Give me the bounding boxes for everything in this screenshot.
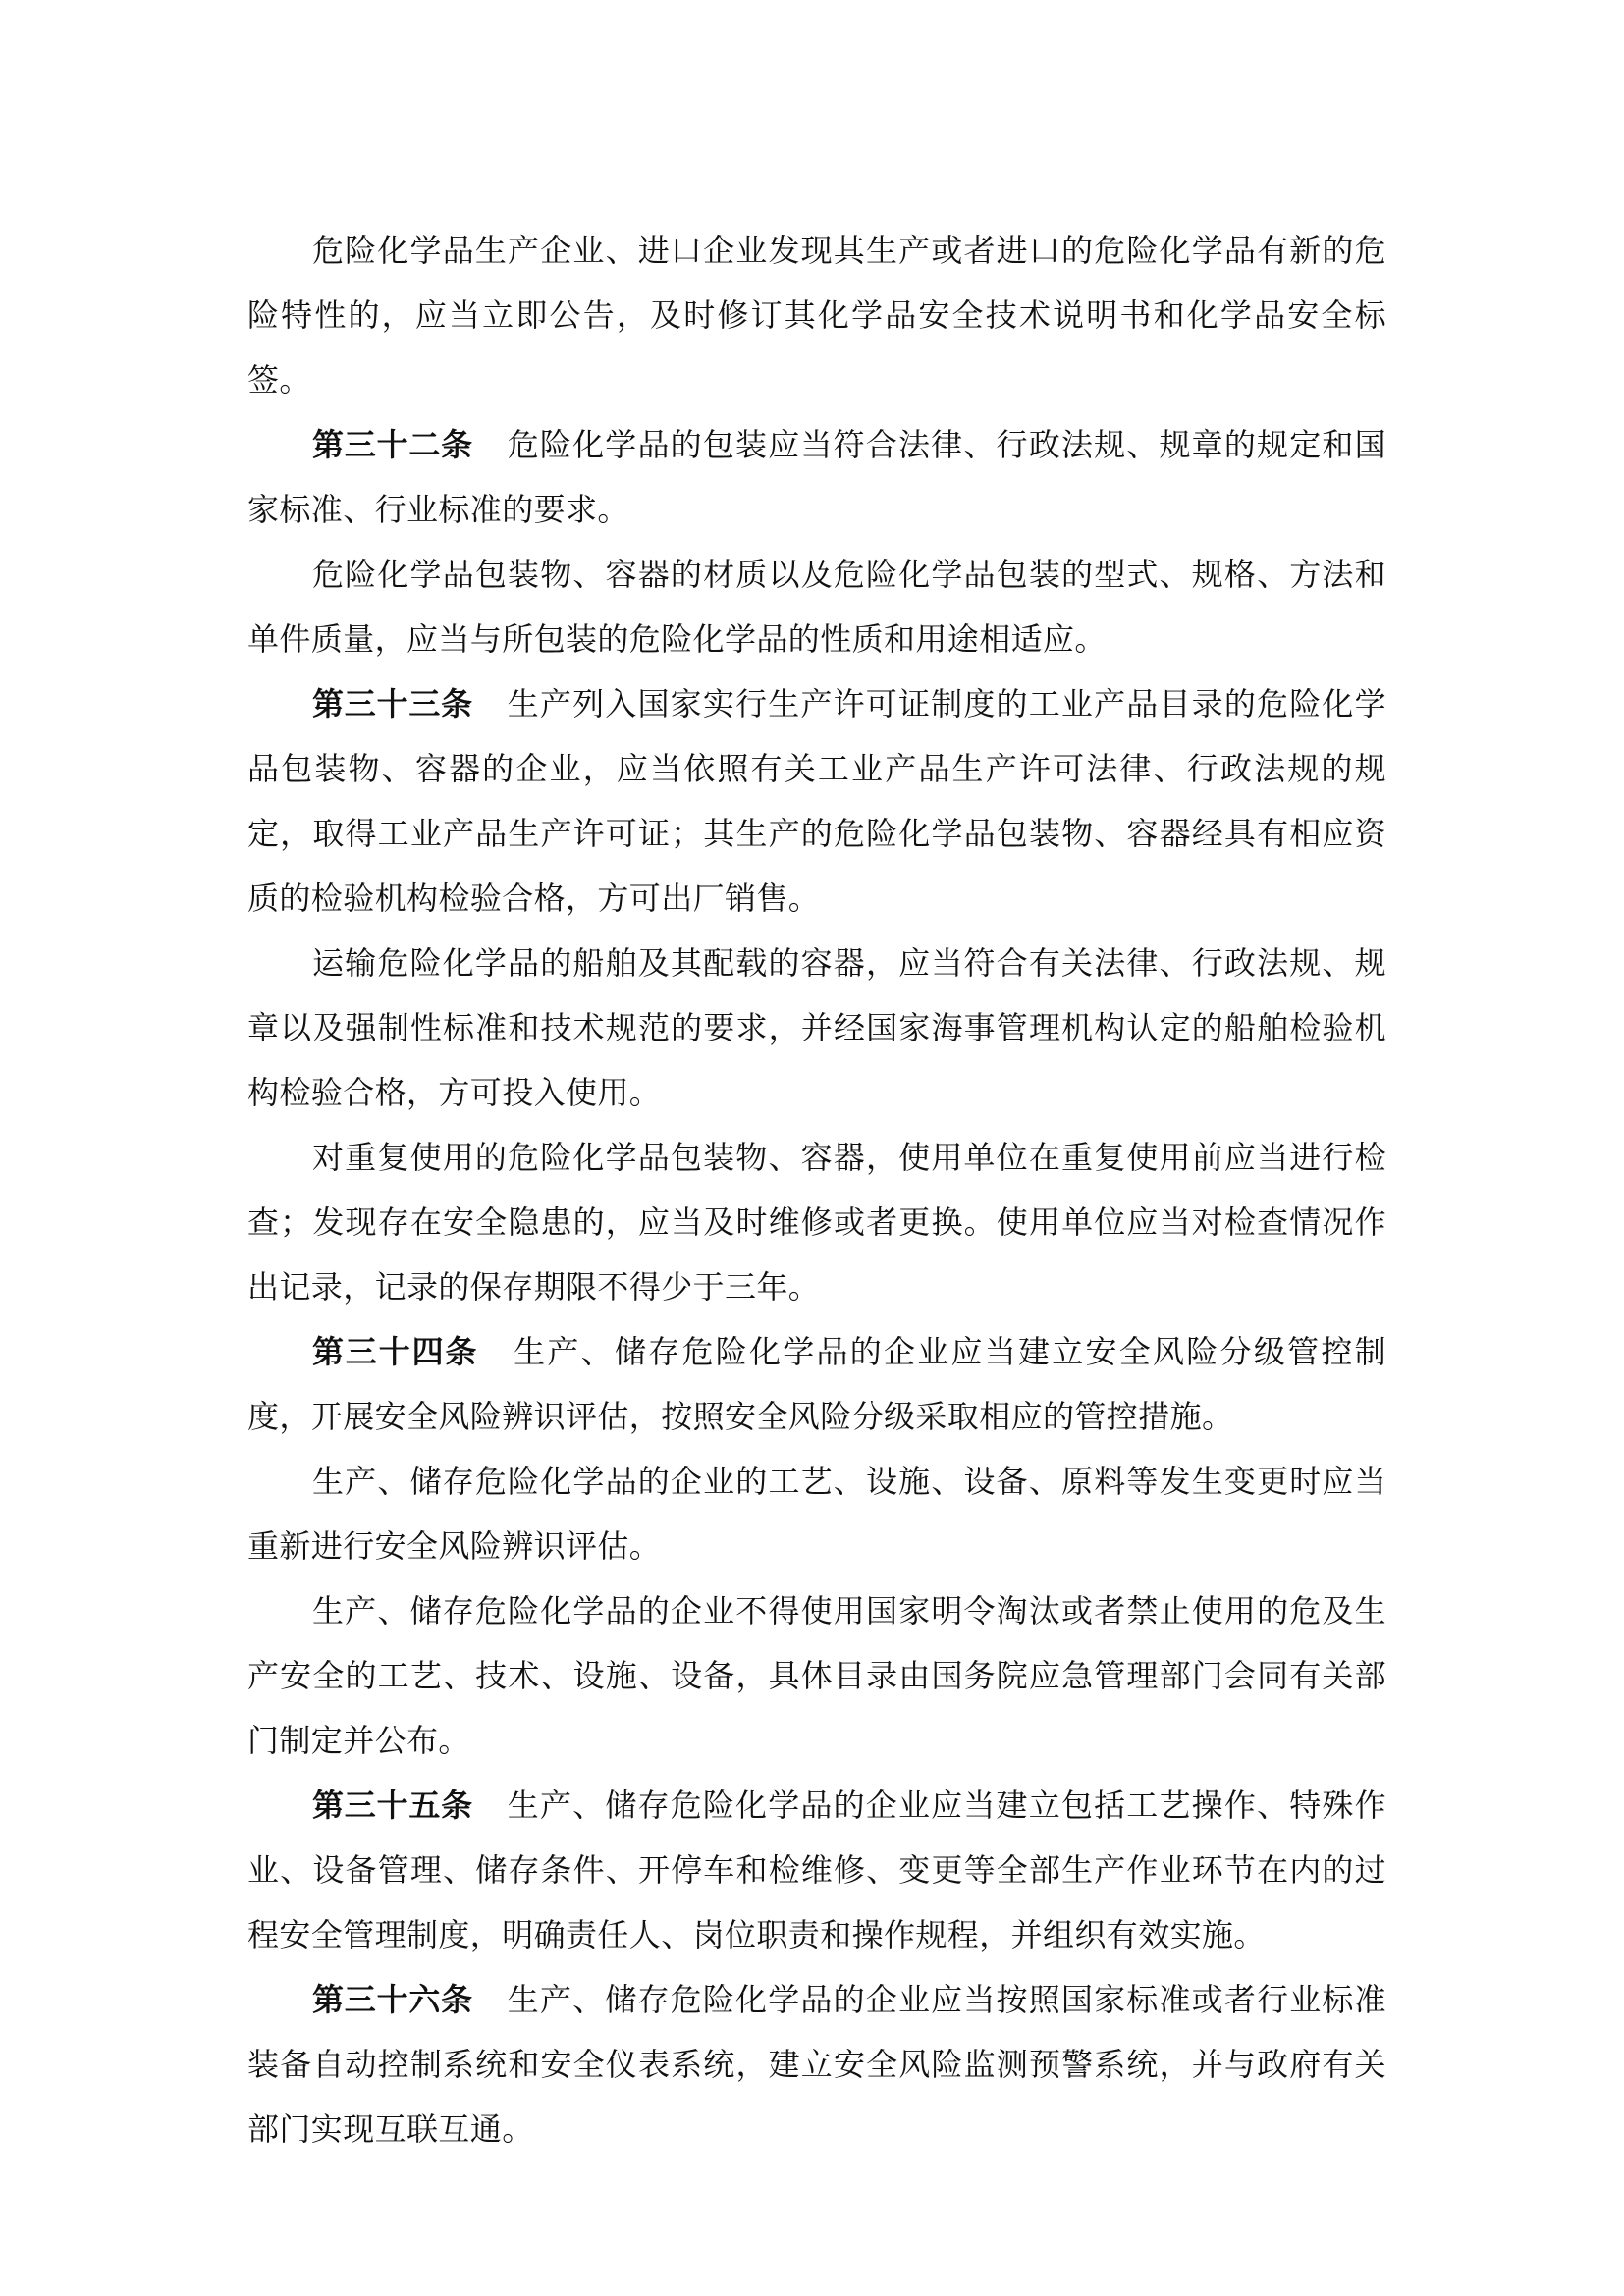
article-35-paragraph-1: 第三十五条生产、储存危险化学品的企业应当建立包括工艺操作、特殊作业、设备管理、储…: [247, 1773, 1386, 1967]
article-32-paragraph-1: 第三十二条危险化学品的包装应当符合法律、行政法规、规章的规定和国家标准、行业标准…: [247, 412, 1386, 542]
paragraph-text: 运输危险化学品的船舶及其配载的容器，应当符合有关法律、行政法规、规章以及强制性标…: [247, 944, 1386, 1111]
article-33-paragraph-3: 对重复使用的危险化学品包装物、容器，使用单位在重复使用前应当进行检查；发现存在安…: [247, 1125, 1386, 1319]
article-heading: 第三十四条: [312, 1333, 478, 1370]
paragraph-text: 危险化学品包装物、容器的材质以及危险化学品包装的型式、规格、方法和单件质量，应当…: [247, 556, 1386, 658]
paragraph-text: 危险化学品生产企业、进口企业发现其生产或者进口的危险化学品有新的危险特性的，应当…: [247, 232, 1386, 399]
article-heading: 第三十五条: [312, 1787, 473, 1824]
article-34-paragraph-3: 生产、储存危险化学品的企业不得使用国家明令淘汰或者禁止使用的危及生产安全的工艺、…: [247, 1578, 1386, 1773]
article-34-paragraph-1: 第三十四条生产、储存危险化学品的企业应当建立安全风险分级管控制度，开展安全风险辨…: [247, 1319, 1386, 1449]
article-33-paragraph-1: 第三十三条生产列入国家实行生产许可证制度的工业产品目录的危险化学品包装物、容器的…: [247, 671, 1386, 931]
paragraph-text: 对重复使用的危险化学品包装物、容器，使用单位在重复使用前应当进行检查；发现存在安…: [247, 1139, 1386, 1306]
paragraph-text: 生产、储存危险化学品的企业的工艺、设施、设备、原料等发生变更时应当重新进行安全风…: [247, 1463, 1386, 1565]
article-34-paragraph-2: 生产、储存危险化学品的企业的工艺、设施、设备、原料等发生变更时应当重新进行安全风…: [247, 1449, 1386, 1578]
article-33-paragraph-2: 运输危险化学品的船舶及其配载的容器，应当符合有关法律、行政法规、规章以及强制性标…: [247, 931, 1386, 1125]
article-heading: 第三十三条: [312, 685, 473, 722]
article-32-paragraph-2: 危险化学品包装物、容器的材质以及危险化学品包装的型式、规格、方法和单件质量，应当…: [247, 542, 1386, 671]
article-36-paragraph-1: 第三十六条生产、储存危险化学品的企业应当按照国家标准或者行业标准装备自动控制系统…: [247, 1967, 1386, 2162]
article-heading: 第三十六条: [312, 1981, 473, 2018]
article-heading: 第三十二条: [312, 426, 473, 463]
document-page: 危险化学品生产企业、进口企业发现其生产或者进口的危险化学品有新的危险特性的，应当…: [247, 218, 1386, 2162]
paragraph-text: 生产、储存危险化学品的企业不得使用国家明令淘汰或者禁止使用的危及生产安全的工艺、…: [247, 1592, 1386, 1759]
paragraph-hazard-disclosure: 危险化学品生产企业、进口企业发现其生产或者进口的危险化学品有新的危险特性的，应当…: [247, 218, 1386, 412]
